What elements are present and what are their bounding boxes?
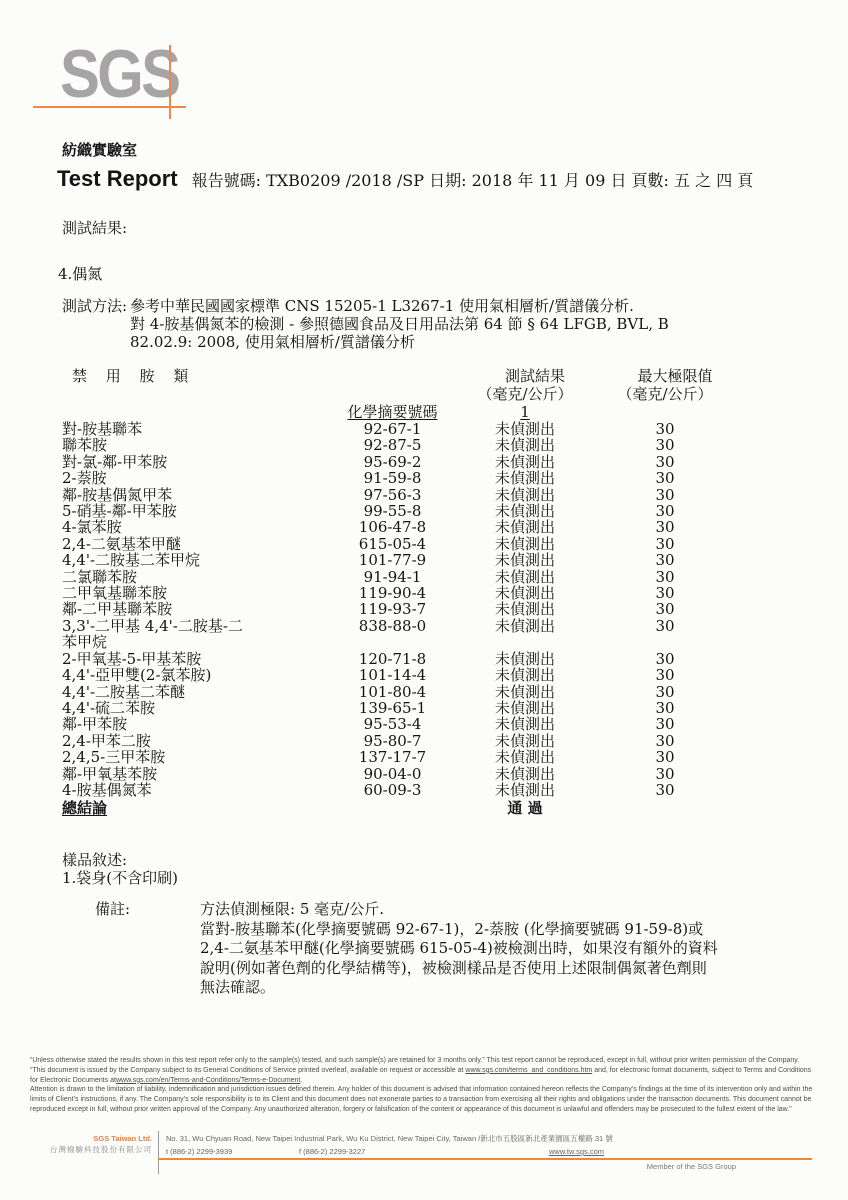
cell-cas-number: 139-65-1 — [330, 700, 455, 716]
cell-max-limit: 30 — [595, 601, 735, 617]
cell-test-result: 未偵測出 — [455, 700, 595, 716]
cell-test-result: 未偵測出 — [455, 667, 595, 683]
cell-cas-number: 101-14-4 — [330, 667, 455, 683]
cell-amine-name: 鄰-胺基偶氮甲苯 — [62, 487, 330, 503]
legal-disclaimer: “Unless otherwise stated the results sho… — [30, 1056, 818, 1115]
table-row: 4-氯苯胺 106-47-8 未偵測出 30 — [62, 519, 752, 535]
cell-cas-number: 60-09-3 — [330, 782, 455, 798]
cell-amine-name: 聯苯胺 — [62, 437, 330, 453]
table-row: 2-甲氧基-5-甲基苯胺 120-71-8 未偵測出 30 — [62, 651, 752, 667]
cell-amine-name: 3,3'-二甲基 4,4'-二胺基-二苯甲烷 — [62, 618, 330, 651]
cell-amine-name: 2,4-甲苯二胺 — [62, 733, 330, 749]
test-method-text: 參考中華民國國家標準 CNS 15205-1 L3267-1 使用氣相層析/質譜… — [130, 297, 669, 351]
cell-amine-name: 4-氯苯胺 — [62, 519, 330, 535]
cell-max-limit: 30 — [595, 667, 735, 683]
cell-cas-number: 95-53-4 — [330, 716, 455, 732]
cell-max-limit: 30 — [595, 437, 735, 453]
cell-max-limit: 30 — [595, 503, 735, 519]
table-row: 對-氯-鄰-甲苯胺 95-69-2 未偵測出 30 — [62, 454, 752, 470]
cell-cas-number: 99-55-8 — [330, 503, 455, 519]
table-header-row-3: 化學摘要號碼 1 — [62, 403, 752, 421]
sample-description-label: 樣品敘述: — [62, 851, 178, 869]
table-row: 2,4-甲苯二胺 95-80-7 未偵測出 30 — [62, 733, 752, 749]
cell-cas-number: 95-69-2 — [330, 454, 455, 470]
cell-cas-number: 95-80-7 — [330, 733, 455, 749]
cell-cas-number: 838-88-0 — [330, 618, 455, 634]
sgs-logo: SGS — [0, 0, 260, 130]
cell-amine-name: 對-胺基聯苯 — [62, 421, 330, 437]
test-method-block: 測試方法: 參考中華民國國家標準 CNS 15205-1 L3267-1 使用氣… — [62, 297, 669, 351]
cell-amine-name: 2-萘胺 — [62, 470, 330, 486]
legal-paragraph-3: Attention is drawn to the limitation of … — [30, 1085, 818, 1114]
table-row: 4,4'-二胺基二苯甲烷 101-77-9 未偵測出 30 — [62, 552, 752, 568]
cell-test-result: 未偵測出 — [455, 552, 595, 568]
cell-max-limit: 30 — [595, 454, 735, 470]
company-address: No. 31, Wu Chyuan Road, New Taipei Indus… — [166, 1133, 816, 1144]
cell-amine-name: 2,4,5-三甲苯胺 — [62, 749, 330, 765]
cell-test-result: 未偵測出 — [455, 684, 595, 700]
cell-test-result: 未偵測出 — [455, 454, 595, 470]
report-title: Test Report — [57, 166, 178, 191]
results-section-label: 測試結果: — [62, 217, 127, 238]
table-row: 二甲氧基聯苯胺 119-90-4 未偵測出 30 — [62, 585, 752, 601]
table-row: 4-胺基偶氮苯 60-09-3 未偵測出 30 — [62, 782, 752, 798]
cell-cas-number: 92-67-1 — [330, 421, 455, 437]
terms-conditions-link[interactable]: www.sgs.com/terms_and_conditions.htm — [465, 1067, 592, 1074]
col-header-limit-unit: （毫克/公斤） — [595, 385, 735, 403]
sgs-group-member-label: Member of the SGS Group — [0, 1162, 736, 1171]
cell-max-limit: 30 — [595, 421, 735, 437]
remark-text: 方法偵測極限: 5 毫克/公斤. 當對-胺基聯苯(化學摘要號碼 92-67-1)… — [200, 900, 800, 998]
table-header-row-2: （毫克/公斤） （毫克/公斤） — [62, 385, 752, 403]
cell-cas-number: 101-77-9 — [330, 552, 455, 568]
cell-test-result: 未偵測出 — [455, 618, 595, 634]
cell-cas-number: 119-90-4 — [330, 585, 455, 601]
remark-block: 備註: 方法偵測極限: 5 毫克/公斤. 當對-胺基聯苯(化學摘要號碼 92-6… — [95, 900, 800, 998]
amine-rows: 對-胺基聯苯 92-67-1 未偵測出 30 聯苯胺 92-87-5 未偵測出 … — [62, 421, 752, 798]
col-header-amines: 禁 用 胺 類 — [62, 367, 340, 385]
cell-max-limit: 30 — [595, 552, 735, 568]
cell-max-limit: 30 — [595, 470, 735, 486]
cell-max-limit: 30 — [595, 651, 735, 667]
legal-paragraph-1: “Unless otherwise stated the results sho… — [30, 1056, 818, 1066]
cell-cas-number: 91-59-8 — [330, 470, 455, 486]
cell-cas-number: 106-47-8 — [330, 519, 455, 535]
test-item-title: 4.偶氮 — [58, 263, 102, 284]
table-row: 鄰-二甲基聯苯胺 119-93-7 未偵測出 30 — [62, 601, 752, 617]
cell-test-result: 未偵測出 — [455, 569, 595, 585]
cell-amine-name: 4,4'-硫二苯胺 — [62, 700, 330, 716]
cell-test-result: 未偵測出 — [455, 733, 595, 749]
cell-cas-number: 97-56-3 — [330, 487, 455, 503]
cell-max-limit: 30 — [595, 700, 735, 716]
cell-cas-number: 91-94-1 — [330, 569, 455, 585]
cell-test-result: 未偵測出 — [455, 766, 595, 782]
remark-label: 備註: — [95, 900, 200, 998]
col-header-cas: 化學摘要號碼 — [347, 403, 437, 421]
cell-amine-name: 鄰-二甲基聯苯胺 — [62, 601, 330, 617]
test-report-page: SGS 紡織實驗室 Test Report報告號碼: TXB0209 /2018… — [0, 0, 848, 1200]
cell-test-result: 未偵測出 — [455, 519, 595, 535]
cell-amine-name: 二甲氧基聯苯胺 — [62, 585, 330, 601]
sample-description-text: 1.袋身(不含印刷) — [62, 869, 178, 887]
cell-test-result: 未偵測出 — [455, 503, 595, 519]
cell-cas-number: 119-93-7 — [330, 601, 455, 617]
cell-amine-name: 4,4'-二胺基二苯甲烷 — [62, 552, 330, 568]
col-header-limit: 最大極限值 — [605, 367, 745, 385]
table-row: 聯苯胺 92-87-5 未偵測出 30 — [62, 437, 752, 453]
summary-label: 總結論 — [62, 799, 107, 817]
cell-amine-name: 對-氯-鄰-甲苯胺 — [62, 454, 330, 470]
cell-test-result: 未偵測出 — [455, 470, 595, 486]
cell-max-limit: 30 — [595, 782, 735, 798]
cell-max-limit: 30 — [595, 585, 735, 601]
cell-cas-number: 615-05-4 — [330, 536, 455, 552]
cell-max-limit: 30 — [595, 519, 735, 535]
cell-test-result: 未偵測出 — [455, 421, 595, 437]
footer-orange-rule — [158, 1158, 812, 1160]
cell-test-result: 未偵測出 — [455, 782, 595, 798]
cell-test-result: 未偵測出 — [455, 487, 595, 503]
amine-results-table: 禁 用 胺 類 測試結果 最大極限值 （毫克/公斤） （毫克/公斤） 化學摘要號… — [62, 367, 752, 817]
col-header-result: 測試結果 — [465, 367, 605, 385]
table-row: 4,4'-亞甲雙(2-氯苯胺) 101-14-4 未偵測出 30 — [62, 667, 752, 683]
phone-number: t (886-2) 2299-3939 — [166, 1146, 299, 1157]
table-row: 4,4'-硫二苯胺 139-65-1 未偵測出 30 — [62, 700, 752, 716]
terms-e-document-link[interactable]: www.sgs.com/en/Terms-and-Conditions/Term… — [116, 1077, 300, 1084]
cell-max-limit: 30 — [595, 536, 735, 552]
table-row: 鄰-甲苯胺 95-53-4 未偵測出 30 — [62, 716, 752, 732]
cell-amine-name: 4,4'-二胺基二苯醚 — [62, 684, 330, 700]
result-footnote-marker: 1 — [520, 403, 530, 421]
table-row: 鄰-胺基偶氮甲苯 97-56-3 未偵測出 30 — [62, 487, 752, 503]
cell-max-limit: 30 — [595, 487, 735, 503]
cell-cas-number: 92-87-5 — [330, 437, 455, 453]
cell-amine-name: 2-甲氧基-5-甲基苯胺 — [62, 651, 330, 667]
table-row: 3,3'-二甲基 4,4'-二胺基-二苯甲烷 838-88-0 未偵測出 30 — [62, 618, 752, 651]
cell-cas-number: 90-04-0 — [330, 766, 455, 782]
summary-row: 總結論 通 過 — [62, 799, 752, 817]
test-method-label: 測試方法: — [62, 297, 130, 351]
fax-number: f (886-2) 2299-3227 — [299, 1146, 549, 1157]
website-link[interactable]: www.tw.sgs.com — [549, 1146, 604, 1157]
cell-max-limit: 30 — [595, 569, 735, 585]
cell-max-limit: 30 — [595, 716, 735, 732]
cell-amine-name: 二氯聯苯胺 — [62, 569, 330, 585]
table-row: 鄰-甲氧基苯胺 90-04-0 未偵測出 30 — [62, 766, 752, 782]
table-row: 5-硝基-鄰-甲苯胺 99-55-8 未偵測出 30 — [62, 503, 752, 519]
report-title-line: Test Report報告號碼: TXB0209 /2018 /SP 日期: 2… — [57, 166, 753, 192]
cell-test-result: 未偵測出 — [455, 437, 595, 453]
cell-max-limit: 30 — [595, 684, 735, 700]
cell-test-result: 未偵測出 — [455, 536, 595, 552]
cell-amine-name: 4,4'-亞甲雙(2-氯苯胺) — [62, 667, 330, 683]
cell-test-result: 未偵測出 — [455, 651, 595, 667]
table-row: 二氯聯苯胺 91-94-1 未偵測出 30 — [62, 569, 752, 585]
cell-max-limit: 30 — [595, 733, 735, 749]
cell-max-limit: 30 — [595, 766, 735, 782]
col-header-result-unit: （毫克/公斤） — [455, 385, 595, 403]
table-row: 2,4,5-三甲苯胺 137-17-7 未偵測出 30 — [62, 749, 752, 765]
cell-test-result: 未偵測出 — [455, 749, 595, 765]
logo-crosshair-horizontal-line — [33, 106, 186, 108]
lab-name: 紡織實驗室 — [62, 139, 137, 160]
table-row: 對-胺基聯苯 92-67-1 未偵測出 30 — [62, 421, 752, 437]
cell-amine-name: 4-胺基偶氮苯 — [62, 782, 330, 798]
sgs-logo-text: SGS — [60, 42, 178, 106]
cell-cas-number: 101-80-4 — [330, 684, 455, 700]
table-header-row-1: 禁 用 胺 類 測試結果 最大極限值 — [62, 367, 752, 385]
summary-result: 通 過 — [455, 799, 595, 817]
table-row: 2,4-二氨基苯甲醚 615-05-4 未偵測出 30 — [62, 536, 752, 552]
table-row: 2-萘胺 91-59-8 未偵測出 30 — [62, 470, 752, 486]
cell-test-result: 未偵測出 — [455, 585, 595, 601]
cell-test-result: 未偵測出 — [455, 601, 595, 617]
legal-paragraph-2: “This document is issued by the Company … — [30, 1066, 818, 1086]
cell-test-result: 未偵測出 — [455, 716, 595, 732]
cell-amine-name: 鄰-甲氧基苯胺 — [62, 766, 330, 782]
cell-cas-number: 120-71-8 — [330, 651, 455, 667]
cell-amine-name: 5-硝基-鄰-甲苯胺 — [62, 503, 330, 519]
cell-amine-name: 鄰-甲苯胺 — [62, 716, 330, 732]
company-name-zh: 台灣檢驗科技股份有限公司 — [30, 1144, 152, 1155]
sample-description-block: 樣品敘述: 1.袋身(不含印刷) — [62, 851, 178, 887]
cell-max-limit: 30 — [595, 749, 735, 765]
company-name-en: SGS Taiwan Ltd. — [30, 1133, 152, 1144]
cell-amine-name: 2,4-二氨基苯甲醚 — [62, 536, 330, 552]
cell-cas-number: 137-17-7 — [330, 749, 455, 765]
cell-max-limit: 30 — [595, 618, 735, 634]
table-row: 4,4'-二胺基二苯醚 101-80-4 未偵測出 30 — [62, 684, 752, 700]
report-meta: 報告號碼: TXB0209 /2018 /SP 日期: 2018 年 11 月 … — [192, 171, 754, 190]
